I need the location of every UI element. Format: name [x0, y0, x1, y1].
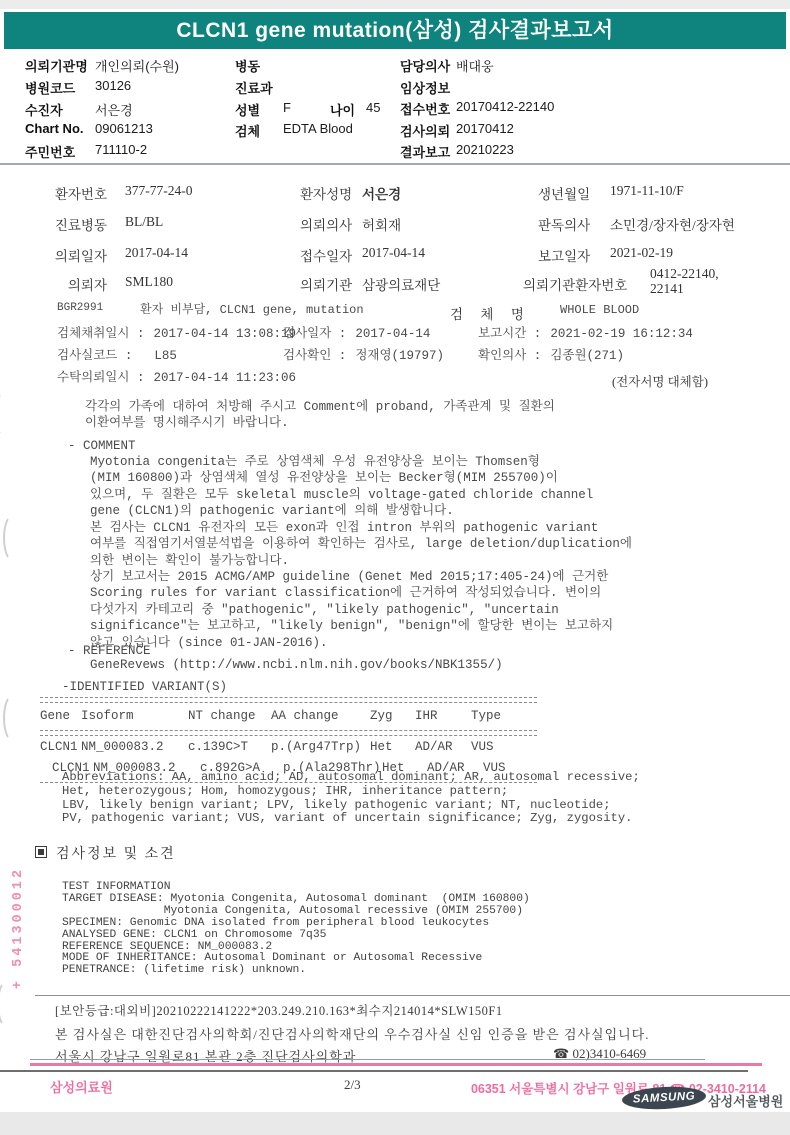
- field-label: 주민번호: [25, 142, 75, 161]
- footer-org: 삼성의료원: [50, 1077, 113, 1096]
- patient-value: BL/BL: [125, 214, 163, 230]
- field-label: Chart No.: [25, 121, 84, 136]
- patient-label: 접수일자: [300, 245, 352, 265]
- section-bullet-icon: [35, 846, 47, 858]
- field-label: 병원코드: [25, 78, 75, 97]
- report-page: CLCN1 gene mutation(삼성) 검사결과보고서 의뢰기관명 개인…: [0, 0, 790, 1135]
- accreditation-note: 본 검사실은 대한진단검사의학회/진단검사의학재단의 우수검사실 신임 인증을 …: [55, 1024, 650, 1043]
- patient-label: 보고일자: [538, 245, 590, 265]
- report-title-bar: CLCN1 gene mutation(삼성) 검사결과보고서: [4, 12, 786, 49]
- patient-value: 2017-04-14: [362, 245, 425, 261]
- patient-value: 2021-02-19: [610, 245, 673, 261]
- field-label: 성별: [235, 100, 260, 119]
- patient-label: 의뢰기관: [300, 274, 352, 294]
- comment-paragraph: 본 검사는 CLCN1 유전자의 모든 exon과 인접 intron 부위의 …: [90, 520, 632, 569]
- section-title: 검사정보 및 소견: [56, 843, 176, 863]
- field-value: 개인의뢰(수원): [95, 56, 179, 75]
- divider-line: [30, 1059, 705, 1060]
- field-label: 접수번호: [400, 99, 450, 118]
- patient-label: 진료병동: [30, 214, 107, 234]
- meta-cell: 확인의사 :김종원(271): [478, 345, 624, 363]
- field-value: 20170412: [456, 121, 514, 136]
- field-value: 20210223: [456, 142, 514, 157]
- test-information: TEST INFORMATION TARGET DISEASE: Myotoni…: [62, 882, 530, 977]
- document-stamp: + 541300012: [11, 853, 27, 1003]
- meta-cell: 보고시간 :2021-02-19 16:12:34: [478, 323, 693, 341]
- field-value: 배대웅: [456, 56, 494, 75]
- patient-label: 환자번호: [30, 183, 107, 203]
- scan-artifact: [0, 980, 17, 1028]
- field-label: 결과보고: [400, 142, 450, 161]
- field-value: 45: [366, 100, 380, 115]
- patient-value: SML180: [125, 274, 173, 290]
- comment-header: - COMMENT: [68, 438, 136, 454]
- pink-divider-line: [30, 1063, 762, 1066]
- order-description: 환자 비부담, CLCN1 gene, mutation: [140, 300, 364, 317]
- patient-name: 서은경: [362, 183, 401, 203]
- field-label: 검체: [235, 121, 260, 140]
- specimen-value: WHOLE BLOOD: [560, 303, 639, 317]
- field-label: 검사의뢰: [400, 121, 450, 140]
- field-value: 09061213: [95, 121, 153, 136]
- field-value: 20170412-22140: [456, 99, 554, 114]
- patient-value: 1971-11-10/F: [610, 183, 684, 199]
- field-value: 30126: [95, 78, 131, 93]
- scan-artifact: [0, 390, 15, 438]
- bottom-edge-strip: [0, 1112, 790, 1135]
- scan-artifact: [3, 694, 23, 742]
- patient-label: 생년월일: [538, 183, 590, 203]
- patient-label: 의뢰자: [30, 274, 107, 294]
- patient-value: 허회재: [362, 214, 401, 234]
- patient-value: 2017-04-14: [125, 245, 188, 261]
- security-line: [보안등급:대외비]20210222141222*203.249.210.163…: [55, 1001, 503, 1019]
- divider-line: [35, 995, 790, 996]
- patient-label: 의뢰기관환자번호: [523, 274, 627, 294]
- field-value: 서은경: [95, 100, 133, 119]
- patient-value: 소민경/장자현/장자현: [610, 214, 735, 234]
- scan-artifact: [3, 514, 23, 562]
- variants-header: -IDENTIFIED VARIANT(S): [62, 679, 227, 695]
- report-title: CLCN1 gene mutation(삼성) 검사결과보고서: [176, 19, 613, 42]
- patient-label: 의뢰의사: [300, 214, 352, 234]
- test-code: BGR2991: [57, 302, 103, 314]
- field-label: 나이: [330, 100, 355, 119]
- hospital-name: 삼성서울병원: [708, 1091, 783, 1110]
- patient-value: 0412-22140, 22141: [650, 266, 719, 296]
- field-value: F: [283, 100, 291, 115]
- section-divider: [0, 163, 790, 165]
- patient-label: 판독의사: [538, 214, 590, 234]
- field-value: 711110-2: [95, 142, 147, 157]
- field-label: 담당의사: [400, 56, 450, 75]
- divider-line: [0, 1070, 748, 1072]
- meta-cell: 검사실코드 :L85: [57, 345, 177, 363]
- field-label: 의뢰기관명: [25, 56, 88, 75]
- reference-text: GeneRevews (http://www.ncbi.nlm.nih.gov/…: [90, 657, 503, 673]
- meta-cell: 수탁의뢰일시 :2017-04-14 11:23:06: [57, 367, 296, 385]
- patient-value: 삼광의료재단: [362, 274, 440, 294]
- patient-value: 377-77-24-0: [125, 183, 193, 199]
- variant-row: CLCN1 NM_000083.2 c.139C>T p.(Arg47Trp) …: [40, 736, 537, 761]
- signature-note: (전자서명 대체함): [612, 372, 708, 390]
- comment-paragraph: 상기 보고서는 2015 ACMG/AMP guideline (Genet M…: [90, 569, 613, 651]
- specimen-label: 검 체 명: [450, 303, 531, 323]
- variant-table-header: Gene Isoform NT change AA change Zyg IHR…: [40, 703, 537, 730]
- field-label: 진료과: [235, 78, 273, 97]
- comment-paragraph: Myotonia congenita는 주로 상염색체 우성 유전양상을 보이는…: [90, 454, 593, 520]
- patient-label: 환자성명: [300, 183, 352, 203]
- abbreviations: Abbreviations: AA, amino acid; AD, autos…: [62, 771, 640, 826]
- field-label: 임상정보: [400, 78, 450, 97]
- page-number: 2/3: [344, 1077, 361, 1093]
- meta-cell: 검사일자 :2017-04-14: [283, 323, 430, 341]
- patient-label: 의뢰일자: [30, 245, 107, 265]
- field-value: EDTA Blood: [283, 121, 353, 136]
- meta-cell: 검사확인 :정재영(19797): [283, 345, 444, 363]
- family-notice: 각각의 가족에 대하여 처방해 주시고 Comment에 proband, 가족…: [85, 399, 555, 432]
- top-edge-strip: [0, 0, 790, 9]
- field-label: 수진자: [25, 100, 63, 119]
- field-label: 병동: [235, 56, 260, 75]
- meta-cell: 검체채취일시 :2017-04-14 13:08:19: [57, 323, 296, 341]
